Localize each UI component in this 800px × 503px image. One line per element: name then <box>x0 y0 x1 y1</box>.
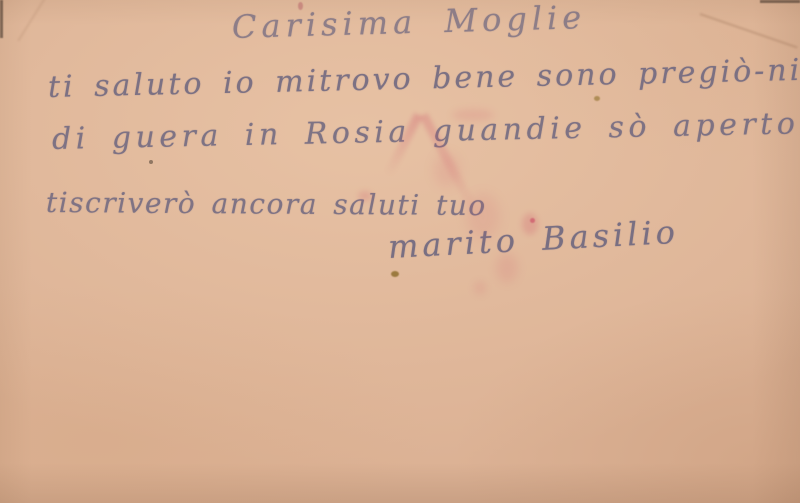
postcard-scan: Carisima Moglie ti saluto io mitrovo ben… <box>0 0 800 503</box>
handwritten-line-1: ti saluto io mitrovo bene sono pregiò-ni… <box>48 52 800 105</box>
scan-edge-shadow <box>0 0 3 38</box>
stamp-fleck <box>434 153 460 187</box>
handwritten-line-2: di guera in Rosia guandie sò aperto <box>52 106 800 157</box>
paper-stain-speck <box>594 96 600 101</box>
paper-crease <box>17 0 55 41</box>
salutation-heading: Carisima Moglie <box>231 0 586 46</box>
scan-edge-shadow <box>760 0 800 3</box>
handwritten-line-3: tiscriverò ancora saluti tuo <box>46 186 487 222</box>
stamp-fleck <box>474 281 486 295</box>
paper-stain-speck <box>149 160 153 164</box>
paper-stain-speck <box>391 271 399 277</box>
paper-crease <box>700 13 798 48</box>
